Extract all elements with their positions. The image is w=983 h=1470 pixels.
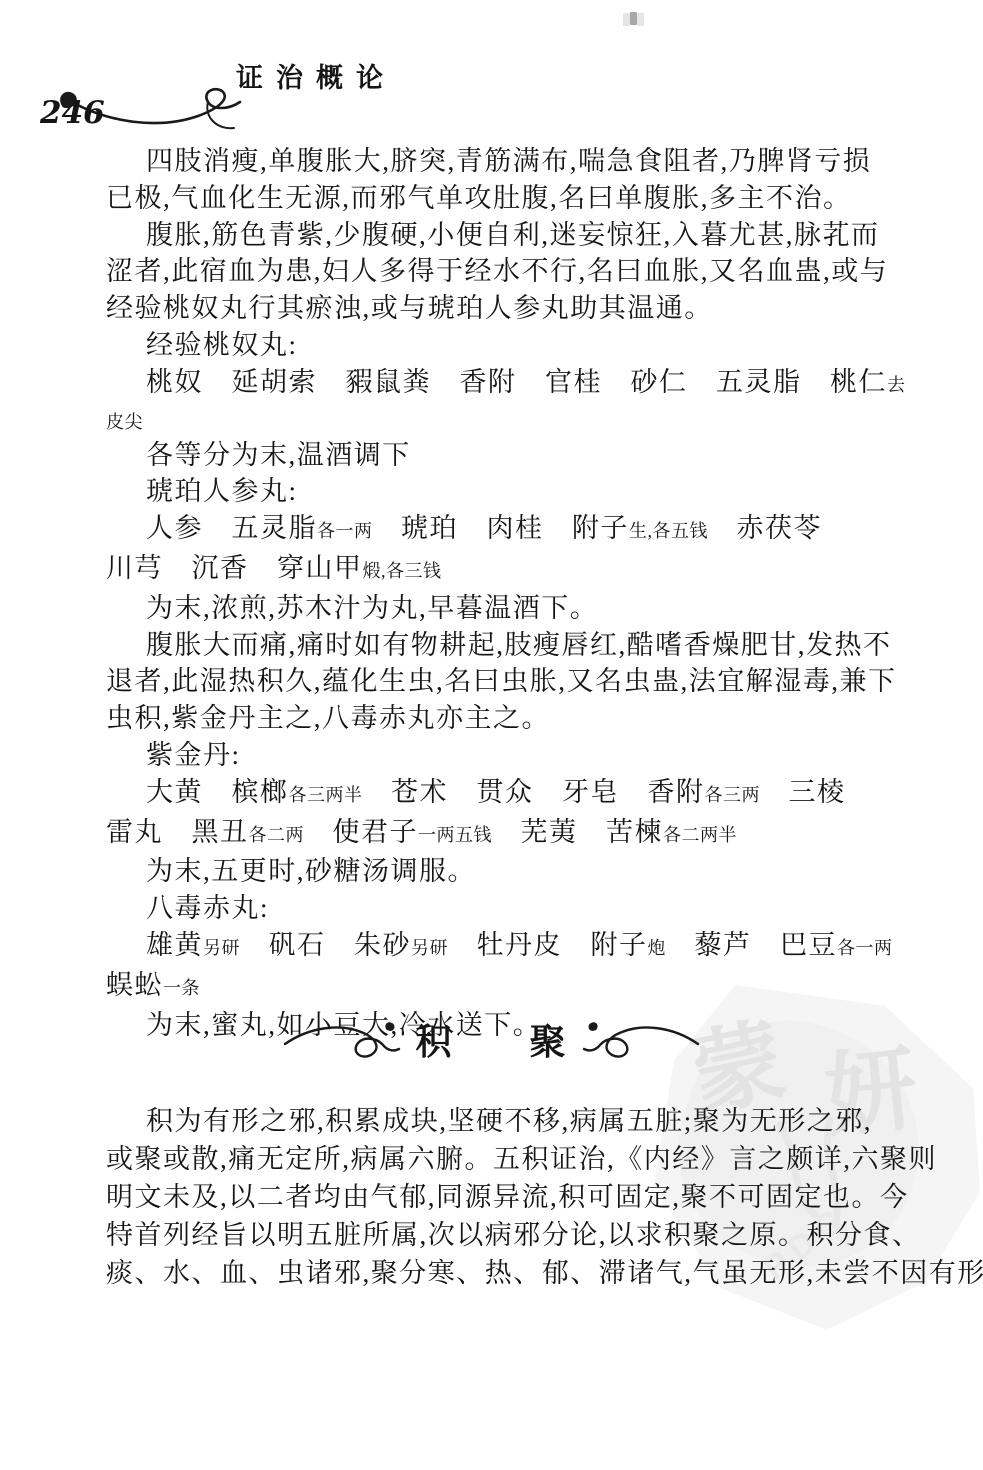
body-text: 涩者,此宿血为患,妇人多得于经水不行,名曰血胀,又名血蛊,或与 [106,256,888,286]
text-line: 已极,气血化生无源,而邪气单攻肚腹,名曰单腹胀,多主不治。 [106,180,914,217]
text-line: 四肢消瘦,单腹胀大,脐突,青筋满布,喘急食阻者,乃脾肾亏损 [106,143,914,180]
body-text: 藜芦 巴豆 [666,930,837,960]
text-line: 雄黄另研 矾石 朱砂另研 牡丹皮 附子炮 藜芦 巴豆各一两 [106,927,914,967]
annotation-text: 生,各五钱 [629,521,708,541]
annotation-text: 各三两半 [289,785,363,805]
annotation-text: 另研 [411,938,448,958]
body-text: 琥珀人参丸: [146,476,298,506]
annotation-text: 炮 [648,938,667,958]
body-text-bottom: 积为有形之邪,积累成块,坚硬不移,病属五脏;聚为无形之邪,或聚或散,痛无定所,病… [106,1102,914,1292]
body-text: 琥珀 肉桂 附子 [373,513,630,543]
body-text: 芜荑 苦楝 [492,817,663,847]
annotation-text: 各三两 [705,785,761,805]
scan-artifact-mark [630,12,637,25]
body-text: 三棱 [760,777,846,807]
body-text: 经验桃奴丸: [146,330,298,360]
section-flourish-left [283,1016,401,1064]
body-text: 桃奴 延胡索 豭鼠粪 香附 官桂 砂仁 五灵脂 桃仁 [146,367,887,397]
annotation-text: 煅,各三钱 [363,561,442,581]
body-text: 或聚或散,痛无定所,病属六腑。五积证治,《内经》言之颇详,六聚则 [106,1144,937,1174]
annotation-text: 皮尖 [106,412,143,432]
running-head-book-title: 证治概论 [236,56,396,95]
body-text: 虫积,紫金丹主之,八毒赤丸亦主之。 [106,703,550,733]
body-text: 使君子 [304,817,418,847]
body-text: 蜈蚣 [106,970,163,1000]
text-line: 积为有形之邪,积累成块,坚硬不移,病属五脏;聚为无形之邪, [106,1102,914,1140]
text-line: 虫积,紫金丹主之,八毒赤丸亦主之。 [106,700,914,737]
body-text-top: 四肢消瘦,单腹胀大,脐突,青筋满布,喘急食阻者,乃脾肾亏损已极,气血化生无源,而… [106,143,914,1043]
text-line: 琥珀人参丸: [106,473,914,510]
text-line: 大黄 槟榔各三两半 苍术 贯众 牙皂 香附各三两 三棱 [106,774,914,814]
body-text: 人参 五灵脂 [146,513,317,543]
annotation-text: 去 [887,375,906,395]
text-line: 痰、水、血、虫诸邪,聚分寒、热、郁、滞诸气,气虽无形,未尝不因有形 [106,1254,914,1292]
body-text: 四肢消瘦,单腹胀大,脐突,青筋满布,喘急食阻者,乃脾肾亏损 [146,146,871,176]
annotation-text: 一两五钱 [418,825,492,845]
page-number: 246 [40,95,105,131]
body-text: 赤茯苓 [708,513,822,543]
body-text: 腹胀,筋色青紫,少腹硬,小便自利,迷妄惊狂,入暮尤甚,脉芤而 [146,220,880,250]
body-text: 苍术 贯众 牙皂 香附 [363,777,705,807]
annotation-text: 各一两 [837,938,893,958]
annotation-text: 各一两 [317,521,373,541]
text-line: 为末,五更时,砂糖汤调服。 [106,853,914,890]
text-line: 人参 五灵脂各一两 琥珀 肉桂 附子生,各五钱 赤茯苓 [106,510,914,550]
body-text: 特首列经旨以明五脏所属,次以病邪分论,以求积聚之原。积分食、 [106,1220,921,1250]
annotation-text: 一条 [163,978,200,998]
text-line: 明文未及,以二者均由气郁,同源异流,积可固定,聚不可固定也。今 [106,1178,914,1216]
text-line: 各等分为末,温酒调下 [106,437,914,474]
body-text: 腹胀大而痛,痛时如有物耕起,肢瘦唇红,酷嗜香燥肥甘,发热不 [146,630,892,660]
section-title: 积 聚 [415,1014,567,1065]
annotation-text: 各二两 [249,825,305,845]
text-line: 经验桃奴丸行其瘀浊,或与琥珀人参丸助其温通。 [106,290,914,327]
body-text: 为末,浓煎,苏木汁为丸,早暮温酒下。 [146,593,598,623]
text-line: 雷丸 黑丑各二两 使君子一两五钱 芜荑 苦楝各二两半 [106,814,914,854]
body-text: 紫金丹: [146,740,241,770]
body-text: 八毒赤丸: [146,893,269,923]
text-line: 腹胀,筋色青紫,少腹硬,小便自利,迷妄惊狂,入暮尤甚,脉芤而 [106,217,914,254]
text-line: 退者,此湿热积久,蕴化生虫,名曰虫胀,又名虫蛊,法宜解湿毒,兼下 [106,663,914,700]
body-text: 积为有形之邪,积累成块,坚硬不移,病属五脏;聚为无形之邪, [146,1106,872,1136]
text-line: 涩者,此宿血为患,妇人多得于经水不行,名曰血胀,又名血蛊,或与 [106,253,914,290]
body-text: 退者,此湿热积久,蕴化生虫,名曰虫胀,又名虫蛊,法宜解湿毒,兼下 [106,666,897,696]
text-line: 或聚或散,痛无定所,病属六腑。五积证治,《内经》言之颇详,六聚则 [106,1140,914,1178]
body-text: 雷丸 黑丑 [106,817,249,847]
text-line: 桃奴 延胡索 豭鼠粪 香附 官桂 砂仁 五灵脂 桃仁去 [106,364,914,404]
text-line: 川芎 沉香 穿山甲煅,各三钱 [106,550,914,590]
section-heading: 积 聚 [0,1014,983,1065]
annotation-text: 另研 [203,938,240,958]
text-line: 为末,浓煎,苏木汁为丸,早暮温酒下。 [106,590,914,627]
body-text: 雄黄 [146,930,203,960]
text-line: 特首列经旨以明五脏所属,次以病邪分论,以求积聚之原。积分食、 [106,1216,914,1254]
scanned-book-page: 蒙 妍 PDG 证治概论 246 四肢消瘦,单腹胀大,脐突,青筋满布,喘急食阻者… [0,0,983,1470]
annotation-text: 各二两半 [663,825,737,845]
body-text: 明文未及,以二者均由气郁,同源异流,积可固定,聚不可固定也。今 [106,1182,909,1212]
body-text: 矾石 朱砂 [240,930,411,960]
text-line: 紫金丹: [106,737,914,774]
section-flourish-right [582,1016,700,1064]
body-text: 痰、水、血、虫诸邪,聚分寒、热、郁、滞诸气,气虽无形,未尝不因有形 [106,1258,983,1288]
body-text: 牡丹皮 附子 [448,930,648,960]
body-text: 已极,气血化生无源,而邪气单攻肚腹,名曰单腹胀,多主不治。 [106,183,852,213]
text-line: 经验桃奴丸: [106,327,914,364]
text-line: 蜈蚣一条 [106,967,914,1007]
text-line: 皮尖 [106,404,914,437]
body-text: 各等分为末,温酒调下 [146,440,411,470]
text-line: 腹胀大而痛,痛时如有物耕起,肢瘦唇红,酷嗜香燥肥甘,发热不 [106,627,914,664]
body-text: 为末,五更时,砂糖汤调服。 [146,856,476,886]
text-line: 八毒赤丸: [106,890,914,927]
body-text: 经验桃奴丸行其瘀浊,或与琥珀人参丸助其温通。 [106,293,713,323]
body-text: 川芎 沉香 穿山甲 [106,553,363,583]
body-text: 大黄 槟榔 [146,777,289,807]
